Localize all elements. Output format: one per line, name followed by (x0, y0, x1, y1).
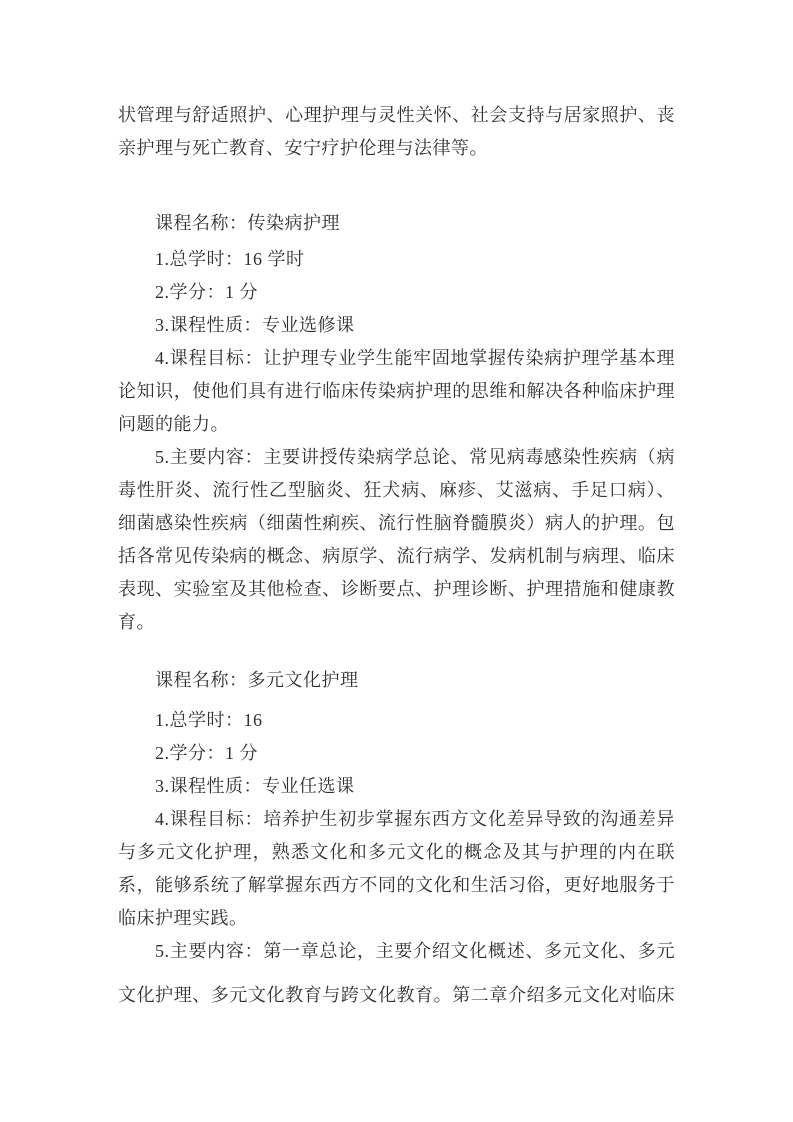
document-page: 状管理与舒适照护、心理护理与灵性关怀、社会支持与居家照护、丧 亲护理与死亡教育、… (0, 0, 793, 1122)
course2-name: 课程名称：多元文化护理 (118, 664, 675, 697)
intro-paragraph-line-1: 状管理与舒适照护、心理护理与灵性关怀、社会支持与居家照护、丧 (118, 99, 675, 132)
course1-content-line: 表现、实验室及其他检查、诊断要点、护理诊断、护理措施和健康教 (118, 573, 675, 606)
course2-objective-line: 临床护理实践。 (118, 902, 675, 935)
course1-objective-line: 4.课程目标：让护理专业学生能牢固地掌握传染病护理学基本理 (118, 342, 675, 375)
course1-name: 课程名称：传染病护理 (118, 207, 675, 240)
course1-content-line: 5.主要内容：主要讲授传染病学总论、常见病毒感染性疾病（病 (118, 441, 675, 474)
course2-objective-line: 与多元文化护理，熟悉文化和多元文化的概念及其与护理的内在联 (118, 836, 675, 869)
course2-type: 3.课程性质：专业任选课 (118, 770, 675, 803)
course1-credit: 2.学分：1 分 (118, 276, 675, 309)
course1-type: 3.课程性质：专业选修课 (118, 309, 675, 342)
course1-content-line: 细菌感染性疾病（细菌性痢疾、流行性脑脊髓膜炎）病人的护理。包 (118, 507, 675, 540)
course2-objective-line: 4.课程目标：培养护生初步掌握东西方文化差异导致的沟通差异 (118, 803, 675, 836)
course1-content-line: 括各常见传染病的概念、病原学、流行病学、发病机制与病理、临床 (118, 540, 675, 573)
course2-credit: 2.学分：1 分 (118, 737, 675, 770)
course2-objective-line: 系，能够系统了解掌握东西方不同的文化和生活习俗，更好地服务于 (118, 869, 675, 902)
course1-hours: 1.总学时：16 学时 (118, 243, 675, 276)
course1-content-line: 毒性肝炎、流行性乙型脑炎、狂犬病、麻疹、艾滋病、手足口病）、 (118, 474, 675, 507)
intro-paragraph-line-2: 亲护理与死亡教育、安宁疗护伦理与法律等。 (118, 132, 675, 165)
course1-objective-line: 论知识，使他们具有进行临床传染病护理的思维和解决各种临床护理 (118, 375, 675, 408)
course2-content-line: 文化护理、多元文化教育与跨文化教育。第二章介绍多元文化对临床 (118, 979, 675, 1012)
course1-objective-line: 问题的能力。 (118, 408, 675, 441)
course2-hours: 1.总学时：16 (118, 704, 675, 737)
course1-content-line: 育。 (118, 606, 675, 639)
course2-content-line: 5.主要内容：第一章总论，主要介绍文化概述、多元文化、多元 (118, 935, 675, 968)
